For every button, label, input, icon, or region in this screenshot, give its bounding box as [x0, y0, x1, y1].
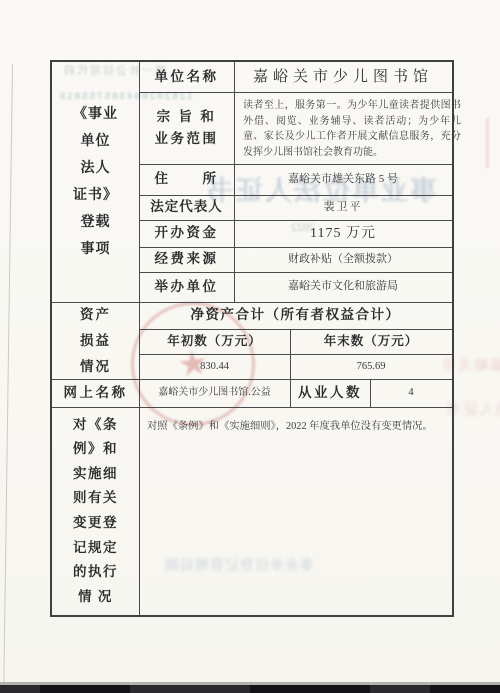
opening-funds-value: 1175 万元: [234, 220, 452, 247]
label-line: 损益: [80, 328, 111, 354]
label-line: 记规定: [73, 536, 118, 561]
label-line: 则有关: [73, 486, 118, 511]
address-label: 住 所: [139, 164, 234, 195]
unit-name-label: 单位名称: [139, 62, 234, 92]
scan-edge-dark-segment: [430, 685, 500, 693]
online-name-label: 网上名称: [52, 379, 139, 407]
section-assets-label: 资产 损益 情况: [52, 302, 139, 379]
label-line: 《事业: [73, 101, 118, 128]
address-value: 嘉峪关市雄关东路 5 号: [234, 164, 452, 195]
scanned-document: 统一社会信用代码 126202004385755816 事业单位法人证书 202…: [0, 0, 500, 693]
label-line: 单位: [81, 128, 111, 155]
sponsor-unit-label: 举办单位: [139, 272, 234, 302]
label-line: 业务范围: [155, 128, 219, 150]
scan-pink-streak: [486, 118, 489, 168]
label-line: 法人: [81, 155, 111, 182]
funding-source-value: 财政补贴（全额拨款）: [234, 247, 452, 272]
year-begin-value: 830.44: [139, 354, 290, 379]
label-line: 对《条: [73, 413, 118, 438]
page-edge-line: [3, 64, 13, 693]
year-begin-label: 年初数（万元）: [139, 329, 290, 354]
label-line: 变更登: [73, 511, 118, 536]
label-line: 证书》: [73, 182, 118, 209]
year-end-label: 年末数（万元）: [290, 329, 452, 354]
funding-source-label: 经费来源: [139, 247, 234, 272]
unit-name-value: 嘉峪关市少儿图书馆: [234, 62, 452, 92]
year-end-value: 765.69: [290, 354, 452, 379]
sponsor-unit-value: 嘉峪关市文化和旅游局: [234, 272, 452, 302]
legal-representative-label: 法定代表人: [139, 195, 234, 220]
staff-count-label: 从业人数: [290, 379, 370, 407]
label-line: 的执行: [73, 560, 118, 585]
label-line: 事项: [81, 236, 111, 263]
scan-edge-dark-segment: [40, 685, 130, 693]
registration-table: 《事业 单位 法人 证书》 登载 事项 单位名称 嘉峪关市少儿图书馆 宗 旨 和…: [50, 60, 454, 617]
net-assets-header: 净资产合计（所有者权益合计）: [139, 302, 452, 329]
scan-edge-dark-segment: [250, 685, 370, 693]
label-line: 登载: [81, 209, 111, 236]
opening-funds-label: 开办资金: [139, 220, 234, 247]
purpose-label: 宗 旨 和 业务范围: [139, 92, 234, 164]
compliance-statement: 对照《条例》和《实施细则》，2022 年度我单位没有变更情况。: [139, 407, 470, 629]
legal-representative-value: 裴卫平: [234, 195, 452, 220]
label-line: 宗 旨 和: [157, 106, 217, 128]
scan-edge-band: [0, 685, 500, 693]
section-certificate-items-label: 《事业 单位 法人 证书》 登载 事项: [52, 62, 139, 302]
label-line: 情 况: [78, 585, 113, 610]
staff-count-value: 4: [370, 379, 452, 407]
label-line: 例》和: [73, 437, 118, 462]
label-line: 情况: [80, 354, 111, 380]
online-name-value: 嘉峪关市少儿图书馆.公益: [139, 379, 290, 407]
label-line: 实施细: [73, 462, 118, 487]
label-line: 资产: [80, 302, 111, 328]
section-compliance-label: 对《条 例》和 实施细 则有关 变更登 记规定 的执行 情 况: [52, 407, 139, 615]
